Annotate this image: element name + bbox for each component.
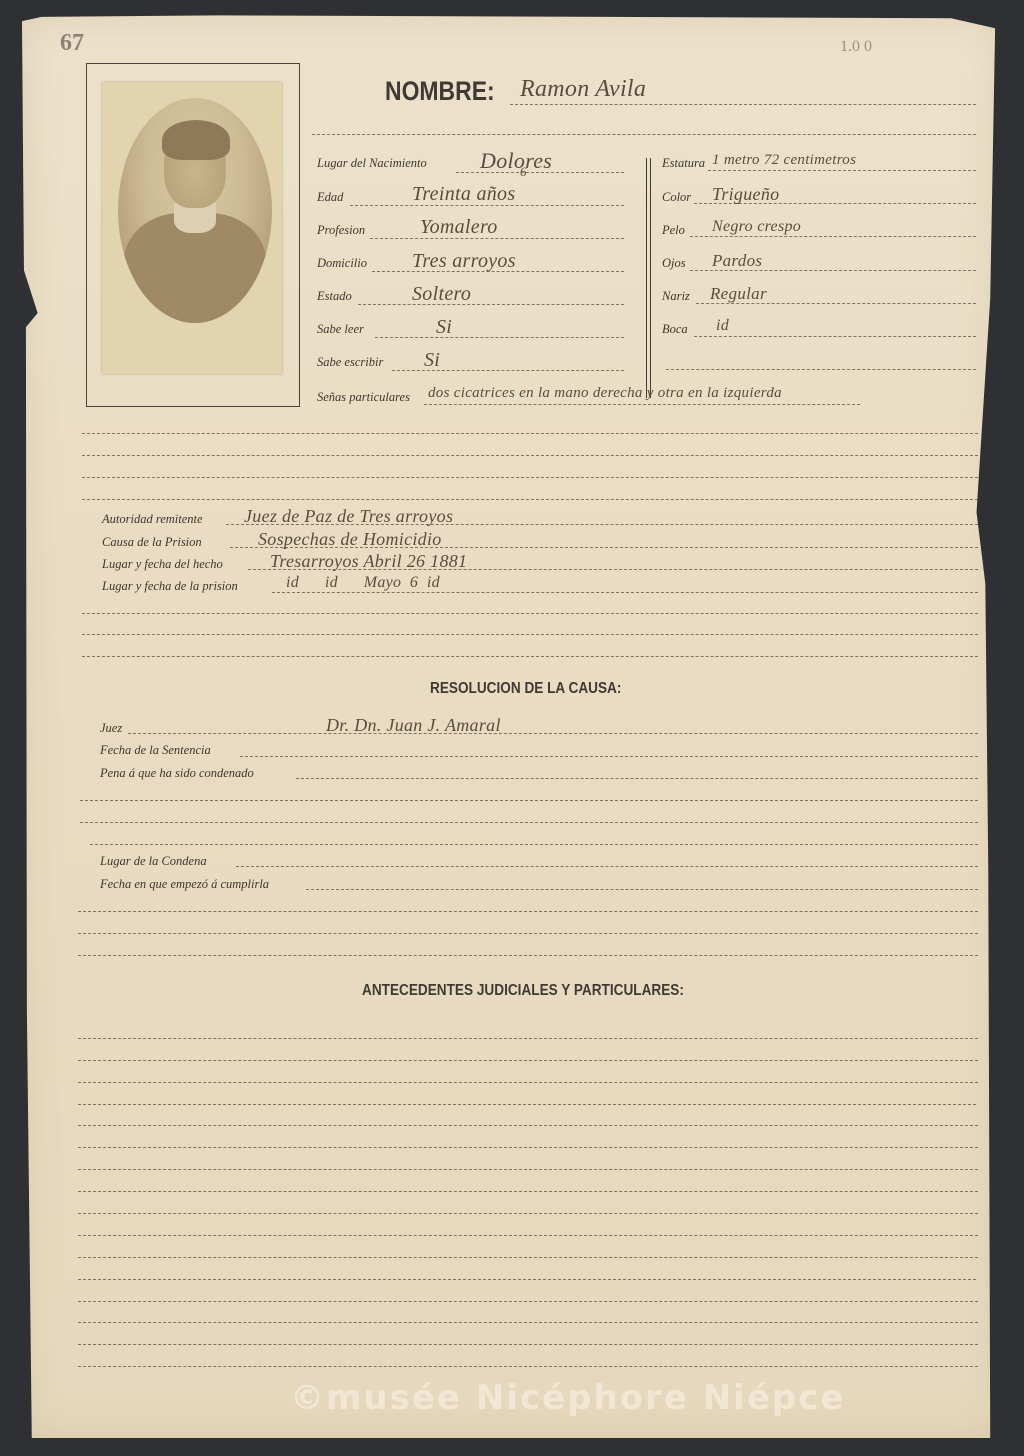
rule-line: [78, 1235, 978, 1236]
field-value-estado: Soltero: [412, 283, 471, 306]
field-value-sabe-leer: Si: [436, 316, 452, 339]
field-value-domicilio: Tres arroyos: [412, 250, 516, 273]
field-line: [708, 170, 976, 171]
rule-line: [82, 455, 978, 456]
field-value-ojos: Pardos: [712, 251, 762, 271]
field-label-causa: Causa de la Prision: [102, 535, 202, 550]
field-line: [372, 271, 624, 272]
rule-line: [78, 1279, 976, 1280]
rule-line: [78, 1322, 978, 1323]
rule-line: [78, 955, 978, 956]
field-value-boca: id: [716, 317, 729, 335]
field-value-color: Trigueño: [712, 184, 779, 205]
field-label-autoridad: Autoridad remitente: [102, 512, 203, 527]
column-divider: [646, 158, 651, 398]
rule-line: [78, 1301, 978, 1302]
rule-line: [78, 1366, 978, 1367]
field-line: [424, 404, 860, 405]
antecedentes-heading: ANTECEDENTES JUDICIALES Y PARTICULARES:: [362, 982, 684, 1000]
field-label-senas: Señas particulares: [317, 390, 410, 405]
rule-line: [82, 477, 978, 478]
field-value-edad: Treinta años: [412, 183, 515, 206]
field-value-estatura: 1 metro 72 centimetros: [712, 152, 856, 169]
rule-line: [78, 933, 978, 934]
field-line: [128, 733, 978, 734]
rule-line: [82, 433, 978, 434]
field-value-nacimiento: Dolores: [480, 148, 552, 174]
field-line: [392, 370, 624, 371]
field-label-estado: Estado: [317, 289, 352, 304]
field-label-color: Color: [662, 190, 691, 205]
photo-hair: [162, 120, 230, 160]
rule-line: [78, 1082, 978, 1083]
field-line: [690, 270, 976, 271]
rule-line: [78, 1344, 978, 1345]
rule-line: [312, 134, 976, 135]
copyright-watermark: ©musée Nicéphore Niépce: [290, 1378, 845, 1418]
field-line: [350, 205, 624, 206]
field-line: [696, 303, 976, 304]
rule-line: [78, 1213, 978, 1214]
pencil-note: 1.0 0: [840, 38, 872, 56]
rule-line: [78, 1038, 978, 1039]
field-value-lugar-prision: id id Mayo 6 id: [286, 574, 440, 592]
photo-oval: [118, 98, 272, 323]
field-line: [230, 547, 978, 548]
field-label-fecha-sentencia: Fecha de la Sentencia: [100, 743, 211, 758]
rule-line: [78, 1169, 978, 1170]
field-label-lugar-condena: Lugar de la Condena: [100, 854, 207, 869]
field-label-juez: Juez: [100, 721, 122, 736]
field-line: [296, 778, 978, 779]
portrait-photo: [102, 82, 282, 374]
field-line: [240, 756, 978, 757]
rule-line: [82, 499, 978, 500]
field-line: [358, 304, 624, 305]
name-line: [510, 104, 976, 105]
field-line: [370, 238, 624, 239]
field-label-profesion: Profesion: [317, 223, 365, 238]
rule-line: [666, 369, 976, 370]
rule-line: [78, 1125, 978, 1126]
field-label-pelo: Pelo: [662, 223, 685, 238]
rule-line: [80, 800, 978, 801]
field-label-fecha-cumplir: Fecha en que empezó á cumplirla: [100, 877, 269, 892]
field-label-lugar-prision: Lugar y fecha de la prision: [102, 579, 238, 594]
field-label-edad: Edad: [317, 190, 343, 205]
field-line: [694, 336, 976, 337]
field-label-lugar-hecho: Lugar y fecha del hecho: [102, 557, 223, 572]
field-label-nacimiento: Lugar del Nacimiento: [317, 156, 427, 171]
rule-line: [82, 634, 978, 635]
field-line: [248, 569, 978, 570]
rule-line: [82, 656, 978, 657]
field-value-edad-superscript: 6: [520, 164, 527, 180]
field-line: [226, 524, 978, 525]
rule-line: [82, 613, 978, 614]
field-label-estatura: Estatura: [662, 156, 705, 171]
field-label-boca: Boca: [662, 322, 688, 337]
field-label-domicilio: Domicilio: [317, 256, 367, 271]
rule-line: [78, 1104, 976, 1105]
field-value-nariz: Regular: [710, 284, 767, 304]
field-line: [272, 592, 978, 593]
page-number: 67: [60, 30, 84, 57]
rule-line: [78, 911, 978, 912]
field-label-nariz: Nariz: [662, 289, 690, 304]
field-line: [456, 172, 624, 173]
rule-line: [78, 1257, 978, 1258]
field-line: [306, 889, 978, 890]
field-line: [694, 203, 976, 204]
field-value-profesion: Yomalero: [420, 216, 498, 239]
name-label: NOMBRE:: [385, 76, 495, 107]
resolution-heading: RESOLUCION DE LA CAUSA:: [430, 680, 621, 698]
field-value-sabe-escribir: Si: [424, 349, 440, 372]
rule-line: [90, 844, 978, 845]
field-label-sabe-escribir: Sabe escribir: [317, 355, 383, 370]
field-value-pelo: Negro crespo: [712, 218, 801, 236]
rule-line: [78, 1191, 978, 1192]
field-label-pena: Pena á que ha sido condenado: [100, 766, 254, 781]
rule-line: [80, 822, 978, 823]
field-line: [236, 866, 978, 867]
rule-line: [78, 1060, 978, 1061]
field-line: [690, 236, 976, 237]
name-value: Ramon Avila: [520, 76, 646, 103]
field-label-ojos: Ojos: [662, 256, 686, 271]
rule-line: [78, 1147, 978, 1148]
field-value-senas: dos cicatrices en la mano derecha y otra…: [428, 385, 782, 402]
field-line: [375, 337, 624, 338]
field-label-sabe-leer: Sabe leer: [317, 322, 364, 337]
